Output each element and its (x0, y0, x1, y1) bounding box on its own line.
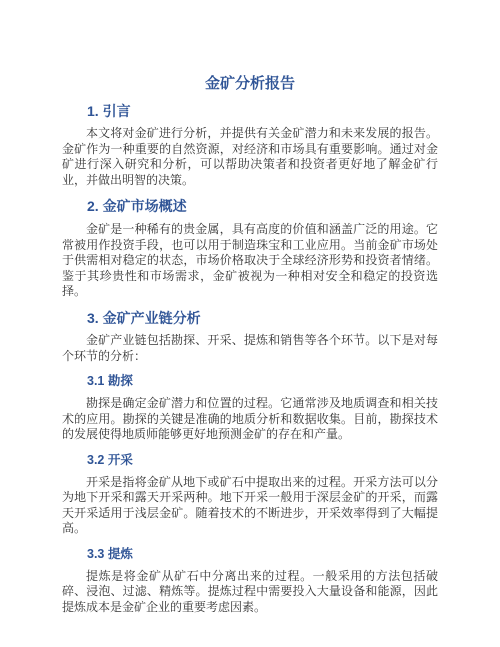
document-body: 1. 引言本文将对金矿进行分析，并提供有关金矿潜力和未来发展的报告。金矿作为一种… (62, 103, 438, 616)
report-section: 3. 金矿产业链分析金矿产业链包括勘探、开采、提炼和销售等各个环节。以下是对每个… (62, 310, 438, 365)
report-section: 2. 金矿市场概述金矿是一种稀有的贵金属，具有高度的价值和涵盖广泛的用途。它常被… (62, 198, 438, 299)
section-paragraph: 金矿是一种稀有的贵金属，具有高度的价值和涵盖广泛的用途。它常被用作投资手段，也可… (62, 222, 438, 300)
section-heading: 3. 金矿产业链分析 (62, 310, 438, 327)
report-section: 3.1 勘探勘探是确定金矿潜力和位置的过程。它通常涉及地质调查和相关技术的应用。… (62, 374, 438, 443)
document-title: 金矿分析报告 (62, 76, 438, 93)
section-paragraph: 勘探是确定金矿潜力和位置的过程。它通常涉及地质调查和相关技术的应用。勘探的关键是… (62, 396, 438, 443)
section-heading: 2. 金矿市场概述 (62, 198, 438, 215)
section-paragraph: 金矿产业链包括勘探、开采、提炼和销售等各个环节。以下是对每个环节的分析： (62, 333, 438, 364)
section-heading: 3.1 勘探 (62, 374, 438, 389)
report-section: 1. 引言本文将对金矿进行分析，并提供有关金矿潜力和未来发展的报告。金矿作为一种… (62, 103, 438, 189)
report-section: 3.2 开采开采是指将金矿从地下或矿石中提取出来的过程。开采方法可以分为地下开采… (62, 453, 438, 537)
section-heading: 1. 引言 (62, 103, 438, 120)
report-section: 3.3 提炼提炼是将金矿从矿石中分离出来的过程。一般采用的方法包括破碎、浸泡、过… (62, 547, 438, 616)
document-page: 金矿分析报告 1. 引言本文将对金矿进行分析，并提供有关金矿潜力和未来发展的报告… (0, 0, 500, 647)
section-paragraph: 开采是指将金矿从地下或矿石中提取出来的过程。开采方法可以分为地下开采和露天开采两… (62, 475, 438, 537)
section-heading: 3.2 开采 (62, 453, 438, 468)
section-paragraph: 提炼是将金矿从矿石中分离出来的过程。一般采用的方法包括破碎、浸泡、过滤、精炼等。… (62, 569, 438, 616)
section-heading: 3.3 提炼 (62, 547, 438, 562)
section-paragraph: 本文将对金矿进行分析，并提供有关金矿潜力和未来发展的报告。金矿作为一种重要的自然… (62, 126, 438, 188)
